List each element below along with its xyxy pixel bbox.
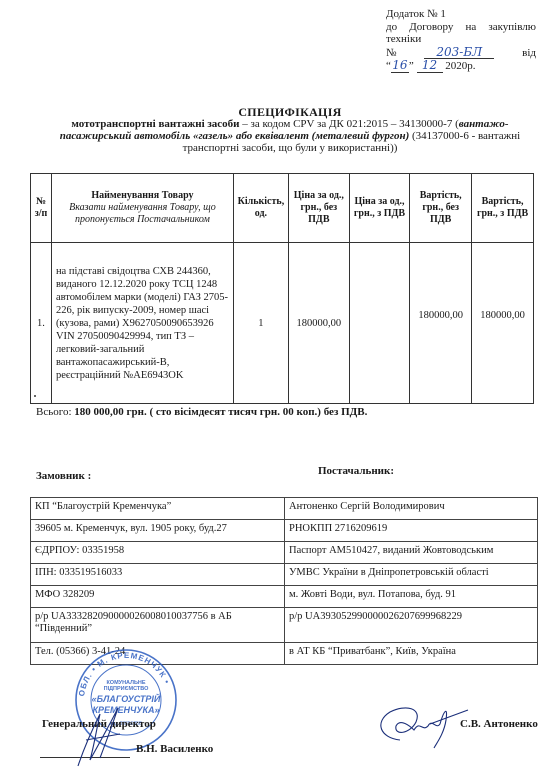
col-name-title: Найменування Товару bbox=[91, 190, 193, 201]
annex-number-row: № 203-БЛ від bbox=[386, 46, 536, 60]
annex-header: Додаток № 1 до Договору на закупівлю тех… bbox=[386, 8, 536, 73]
title-heading: СПЕЦИФІКАЦІЯ bbox=[40, 106, 540, 118]
cell-price-no-vat: 180000,00 bbox=[288, 243, 349, 404]
scan-speck bbox=[34, 395, 36, 397]
cell-price-vat bbox=[349, 243, 410, 404]
document-title: СПЕЦИФІКАЦІЯ мототранспортні вантажні за… bbox=[40, 106, 540, 154]
party-row: ЄДРПОУ: 03351958 Паспорт АМ510427, видан… bbox=[31, 542, 538, 564]
col-cost-vat: Вартість, грн., з ПДВ bbox=[472, 174, 534, 243]
supplier-passport-issuer: УМВС України в Дніпропетровській області bbox=[285, 564, 538, 586]
customer-heading: Замовник : bbox=[36, 470, 91, 482]
annex-date-row: “16” 12 2020р. bbox=[386, 59, 536, 73]
cell-qty: 1 bbox=[233, 243, 288, 404]
annex-date-year: 2020р. bbox=[445, 60, 475, 72]
stamp-outer-text: УКРАЇНА • ПОЛТАВСЬКА ОБЛ. • М. КРЕМЕНЧУК… bbox=[74, 648, 172, 700]
specification-table: № з/п Найменування Товару Вказати наймен… bbox=[30, 173, 534, 404]
annex-number-value: 203-БЛ bbox=[424, 46, 494, 60]
customer-edrpou: ЄДРПОУ: 03351958 bbox=[31, 542, 285, 564]
annex-line3: техніки bbox=[386, 33, 536, 46]
party-row: ІПН: 033519516033 УМВС України в Дніпроп… bbox=[31, 564, 538, 586]
customer-signature bbox=[60, 700, 140, 768]
table-row: 1. на підставі свідоцтва СХВ 244360, вид… bbox=[31, 243, 534, 404]
customer-signatory-name: В.Н. Василенко bbox=[136, 743, 213, 755]
supplier-bank: в АТ КБ “Приватбанк”, Київ, Україна bbox=[285, 643, 538, 665]
cell-cost-vat: 180000,00 bbox=[472, 243, 534, 404]
spec-header-row: № з/п Найменування Товару Вказати наймен… bbox=[31, 174, 534, 243]
supplier-passport: Паспорт АМ510427, виданий Жовтоводським bbox=[285, 542, 538, 564]
col-num: № з/п bbox=[31, 174, 52, 243]
total-label: Всього: bbox=[36, 406, 74, 418]
customer-ipn: ІПН: 033519516033 bbox=[31, 564, 285, 586]
annex-date-day: 16 bbox=[391, 59, 409, 73]
supplier-heading: Постачальник: bbox=[318, 465, 394, 477]
customer-name: КП “Благоустрій Кременчука” bbox=[31, 498, 285, 520]
supplier-signatory-name: С.В. Антоненко bbox=[460, 718, 538, 730]
col-name: Найменування Товару Вказати найменування… bbox=[51, 174, 233, 243]
party-row: р/р UA333282090000026008010037756 в АБ “… bbox=[31, 608, 538, 643]
supplier-signature bbox=[370, 700, 470, 750]
col-qty: Кількість, од. bbox=[233, 174, 288, 243]
total-amount: 180 000,00 грн. ( сто вісімдесят тисяч г… bbox=[74, 406, 367, 418]
title-subject-cpv: – за кодом CPV за ДК 021:2015 – 34130000… bbox=[240, 118, 459, 130]
col-price-no-vat: Ціна за од., грн., без ПДВ bbox=[288, 174, 349, 243]
party-row: КП “Благоустрій Кременчука” Антоненко Се… bbox=[31, 498, 538, 520]
customer-address: 39605 м. Кременчук, вул. 1905 року, буд.… bbox=[31, 520, 285, 542]
annex-line2: до Договору на закупівлю bbox=[386, 21, 536, 34]
supplier-account: р/р UA393052990000026207699968229 bbox=[285, 608, 538, 643]
supplier-name: Антоненко Сергій Володимирович bbox=[285, 498, 538, 520]
supplier-tax-id: РНОКПП 2716209619 bbox=[285, 520, 538, 542]
title-subject-bold: мототранспортні вантажні засоби bbox=[71, 118, 239, 130]
total-line: Всього: 180 000,00 грн. ( сто вісімдесят… bbox=[36, 406, 367, 418]
cell-cost-no-vat: 180000,00 bbox=[410, 243, 472, 404]
col-cost-no-vat: Вартість, грн., без ПДВ bbox=[410, 174, 472, 243]
party-row: МФО 328209 м. Жовті Води, вул. Потапова,… bbox=[31, 586, 538, 608]
cell-name: на підставі свідоцтва СХВ 244360, видано… bbox=[51, 243, 233, 404]
customer-mfo: МФО 328209 bbox=[31, 586, 285, 608]
stamp-line2: ПІДПРИЄМСТВО bbox=[104, 686, 149, 692]
svg-text:УКРАЇНА • ПОЛТАВСЬКА ОБЛ. • М.: УКРАЇНА • ПОЛТАВСЬКА ОБЛ. • М. КРЕМЕНЧУК… bbox=[74, 648, 172, 700]
annex-line1: Додаток № 1 bbox=[386, 8, 536, 21]
parties-table: КП “Благоустрій Кременчука” Антоненко Се… bbox=[30, 497, 538, 665]
annex-date-month: 12 bbox=[417, 59, 443, 73]
customer-account: р/р UA333282090000026008010037756 в АБ “… bbox=[31, 608, 285, 643]
party-row: 39605 м. Кременчук, вул. 1905 року, буд.… bbox=[31, 520, 538, 542]
supplier-address: м. Жовті Води, вул. Потапова, буд. 91 bbox=[285, 586, 538, 608]
annex-date-label: від bbox=[522, 47, 536, 60]
col-price-vat: Ціна за од., грн., з ПДВ bbox=[349, 174, 410, 243]
cell-num: 1. bbox=[31, 243, 52, 404]
title-subject: мототранспортні вантажні засоби – за код… bbox=[40, 118, 540, 154]
col-name-hint: Вказати найменування Товару, що пропонує… bbox=[55, 202, 230, 226]
